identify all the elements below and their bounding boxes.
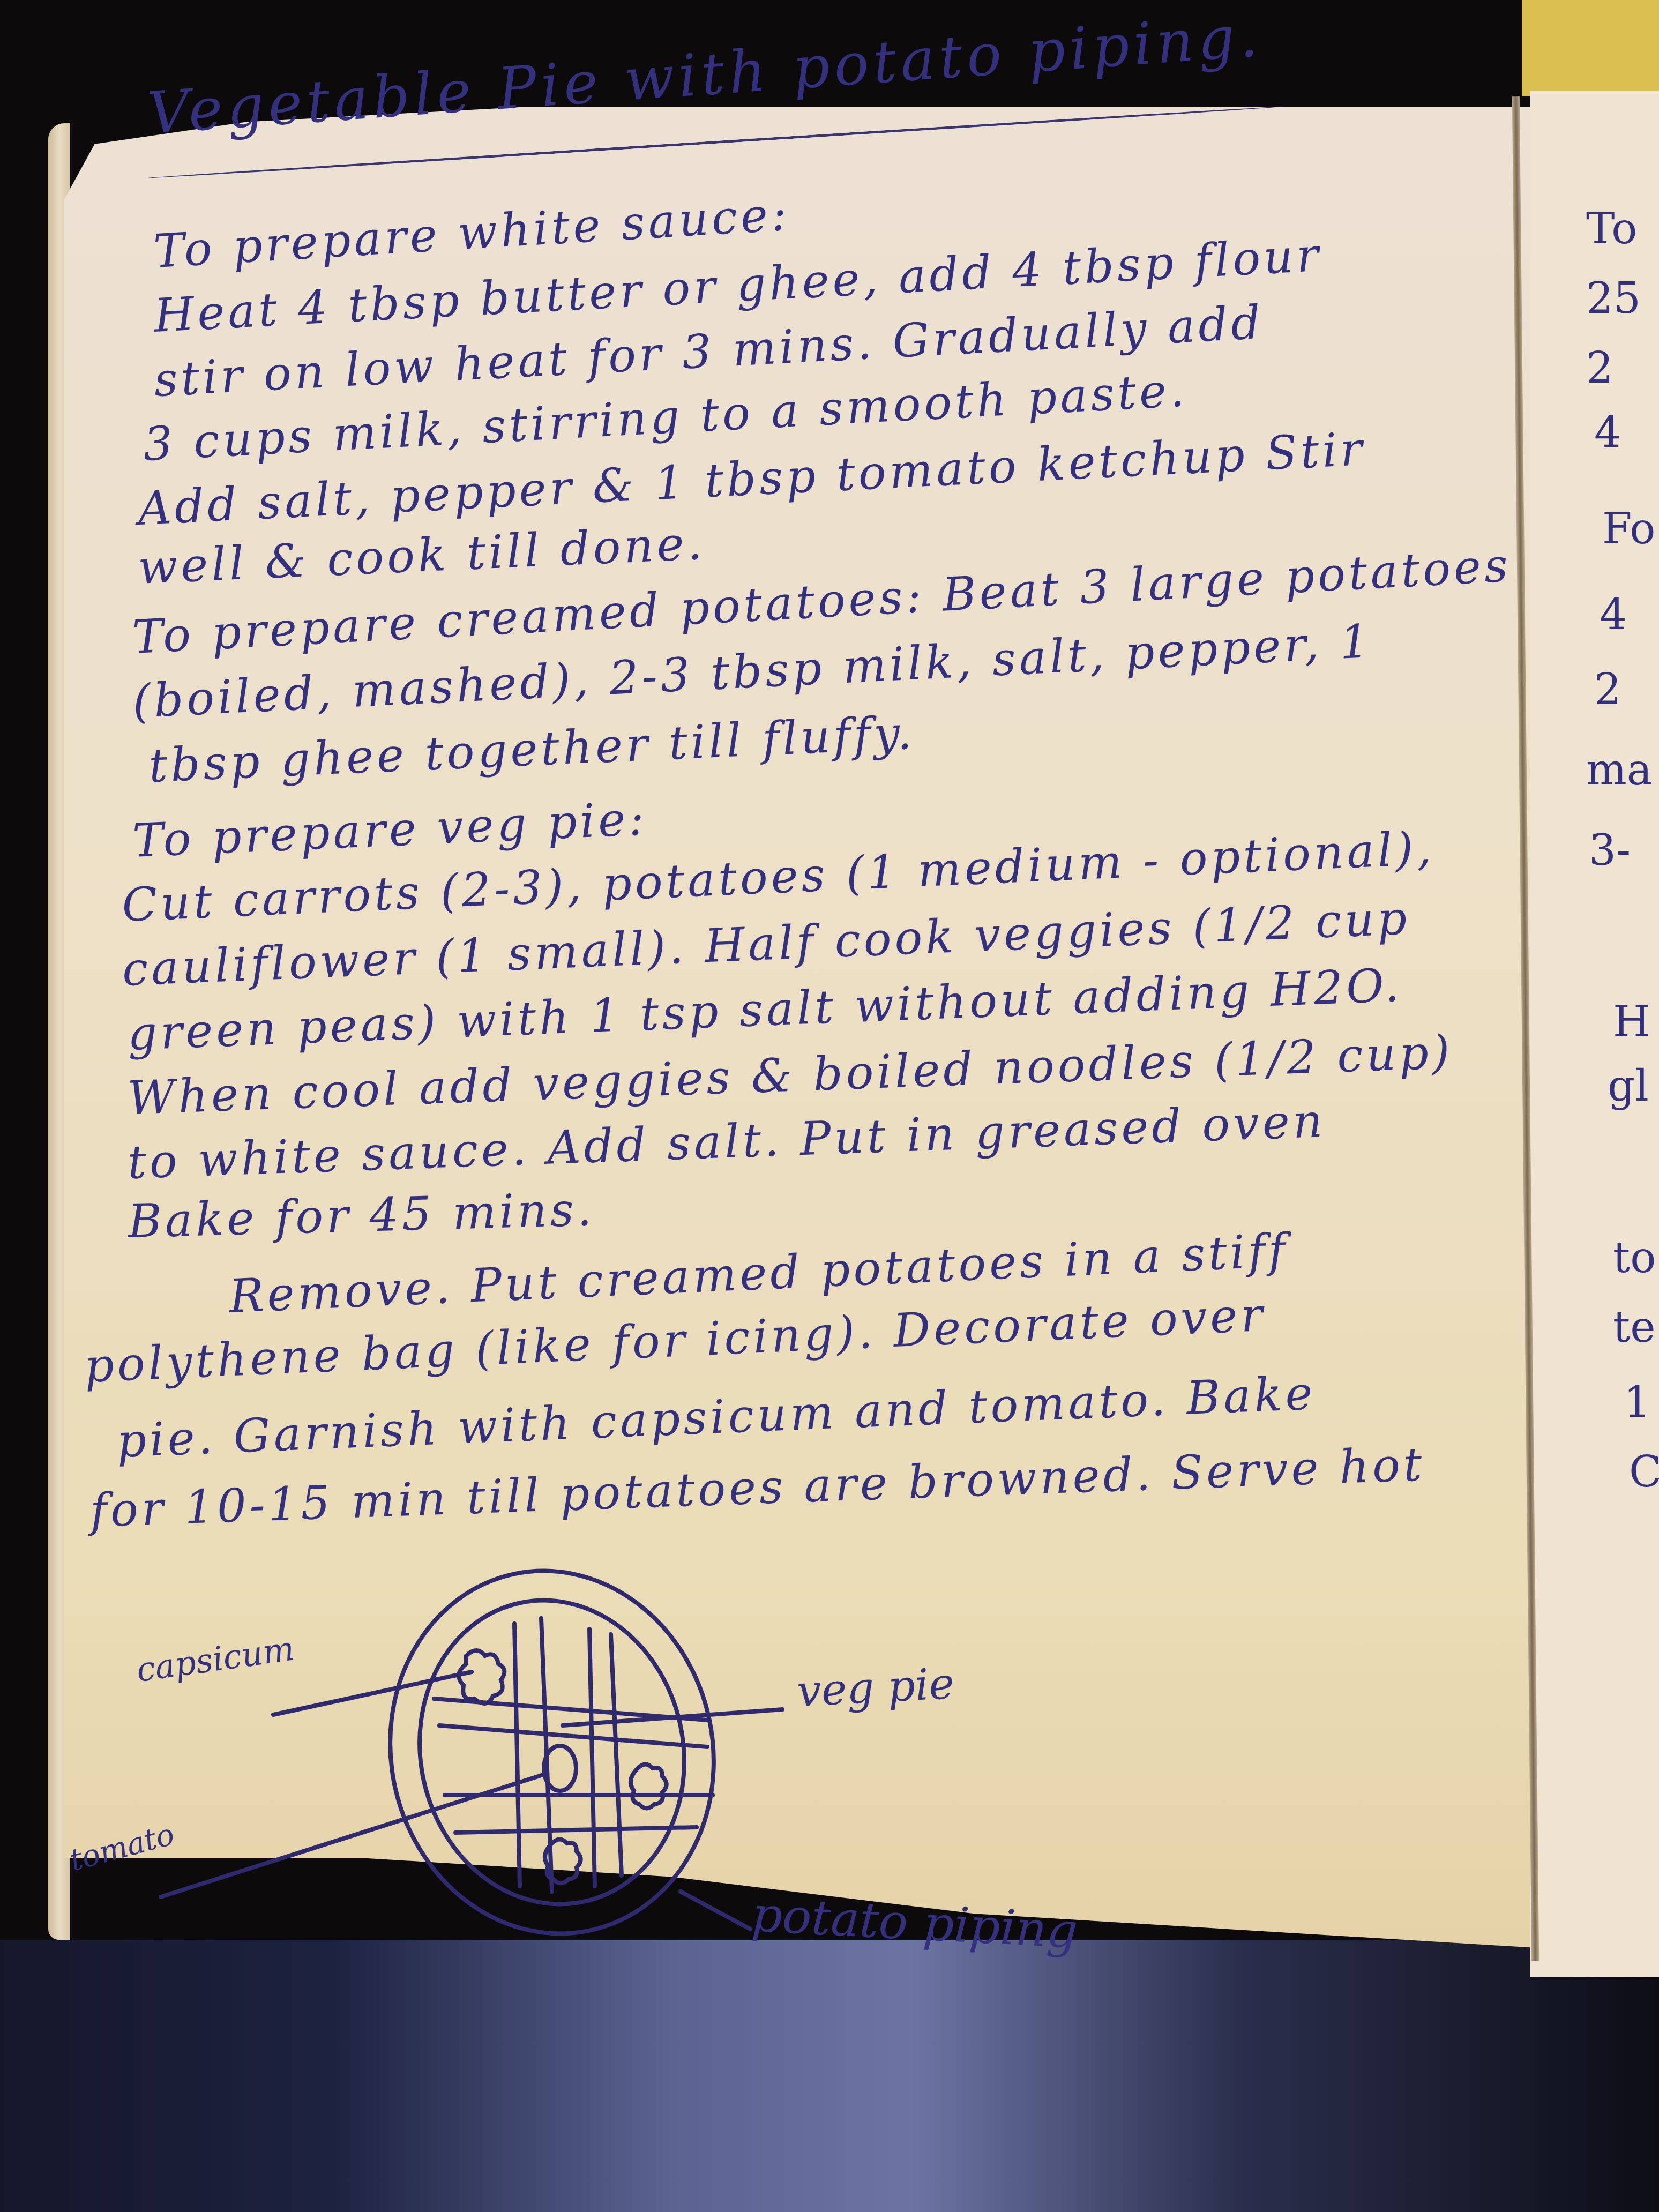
pie-diagram — [80, 1565, 1152, 1940]
right-page-fragment: 25 — [1586, 273, 1641, 323]
right-page-fragment: 2 — [1594, 664, 1621, 714]
capsicum-garnish-icon — [631, 1765, 667, 1809]
right-page-fragment: to — [1613, 1232, 1656, 1282]
right-page-fragment: 2 — [1586, 343, 1613, 393]
right-page-fragment: ma — [1586, 745, 1653, 795]
table-surface — [0, 1940, 1659, 2212]
right-page-fragment: 4 — [1600, 589, 1627, 639]
right-page-fragment: H — [1613, 997, 1650, 1047]
right-page-fragment: te — [1613, 1302, 1656, 1352]
capsicum-garnish-icon — [459, 1650, 504, 1703]
right-page-fragment: 1 — [1624, 1377, 1651, 1427]
right-page-fragment: C — [1629, 1447, 1659, 1497]
right-page-fragment: gl — [1608, 1061, 1649, 1111]
label-veg-pie: veg pie — [796, 1658, 955, 1716]
right-page-fragment: Fo — [1602, 504, 1655, 554]
yellow-paper-corner — [1522, 0, 1659, 96]
right-page-fragment: 3- — [1589, 825, 1631, 875]
right-page-fragment: 4 — [1594, 407, 1621, 457]
right-page-fragment: To — [1586, 204, 1637, 253]
